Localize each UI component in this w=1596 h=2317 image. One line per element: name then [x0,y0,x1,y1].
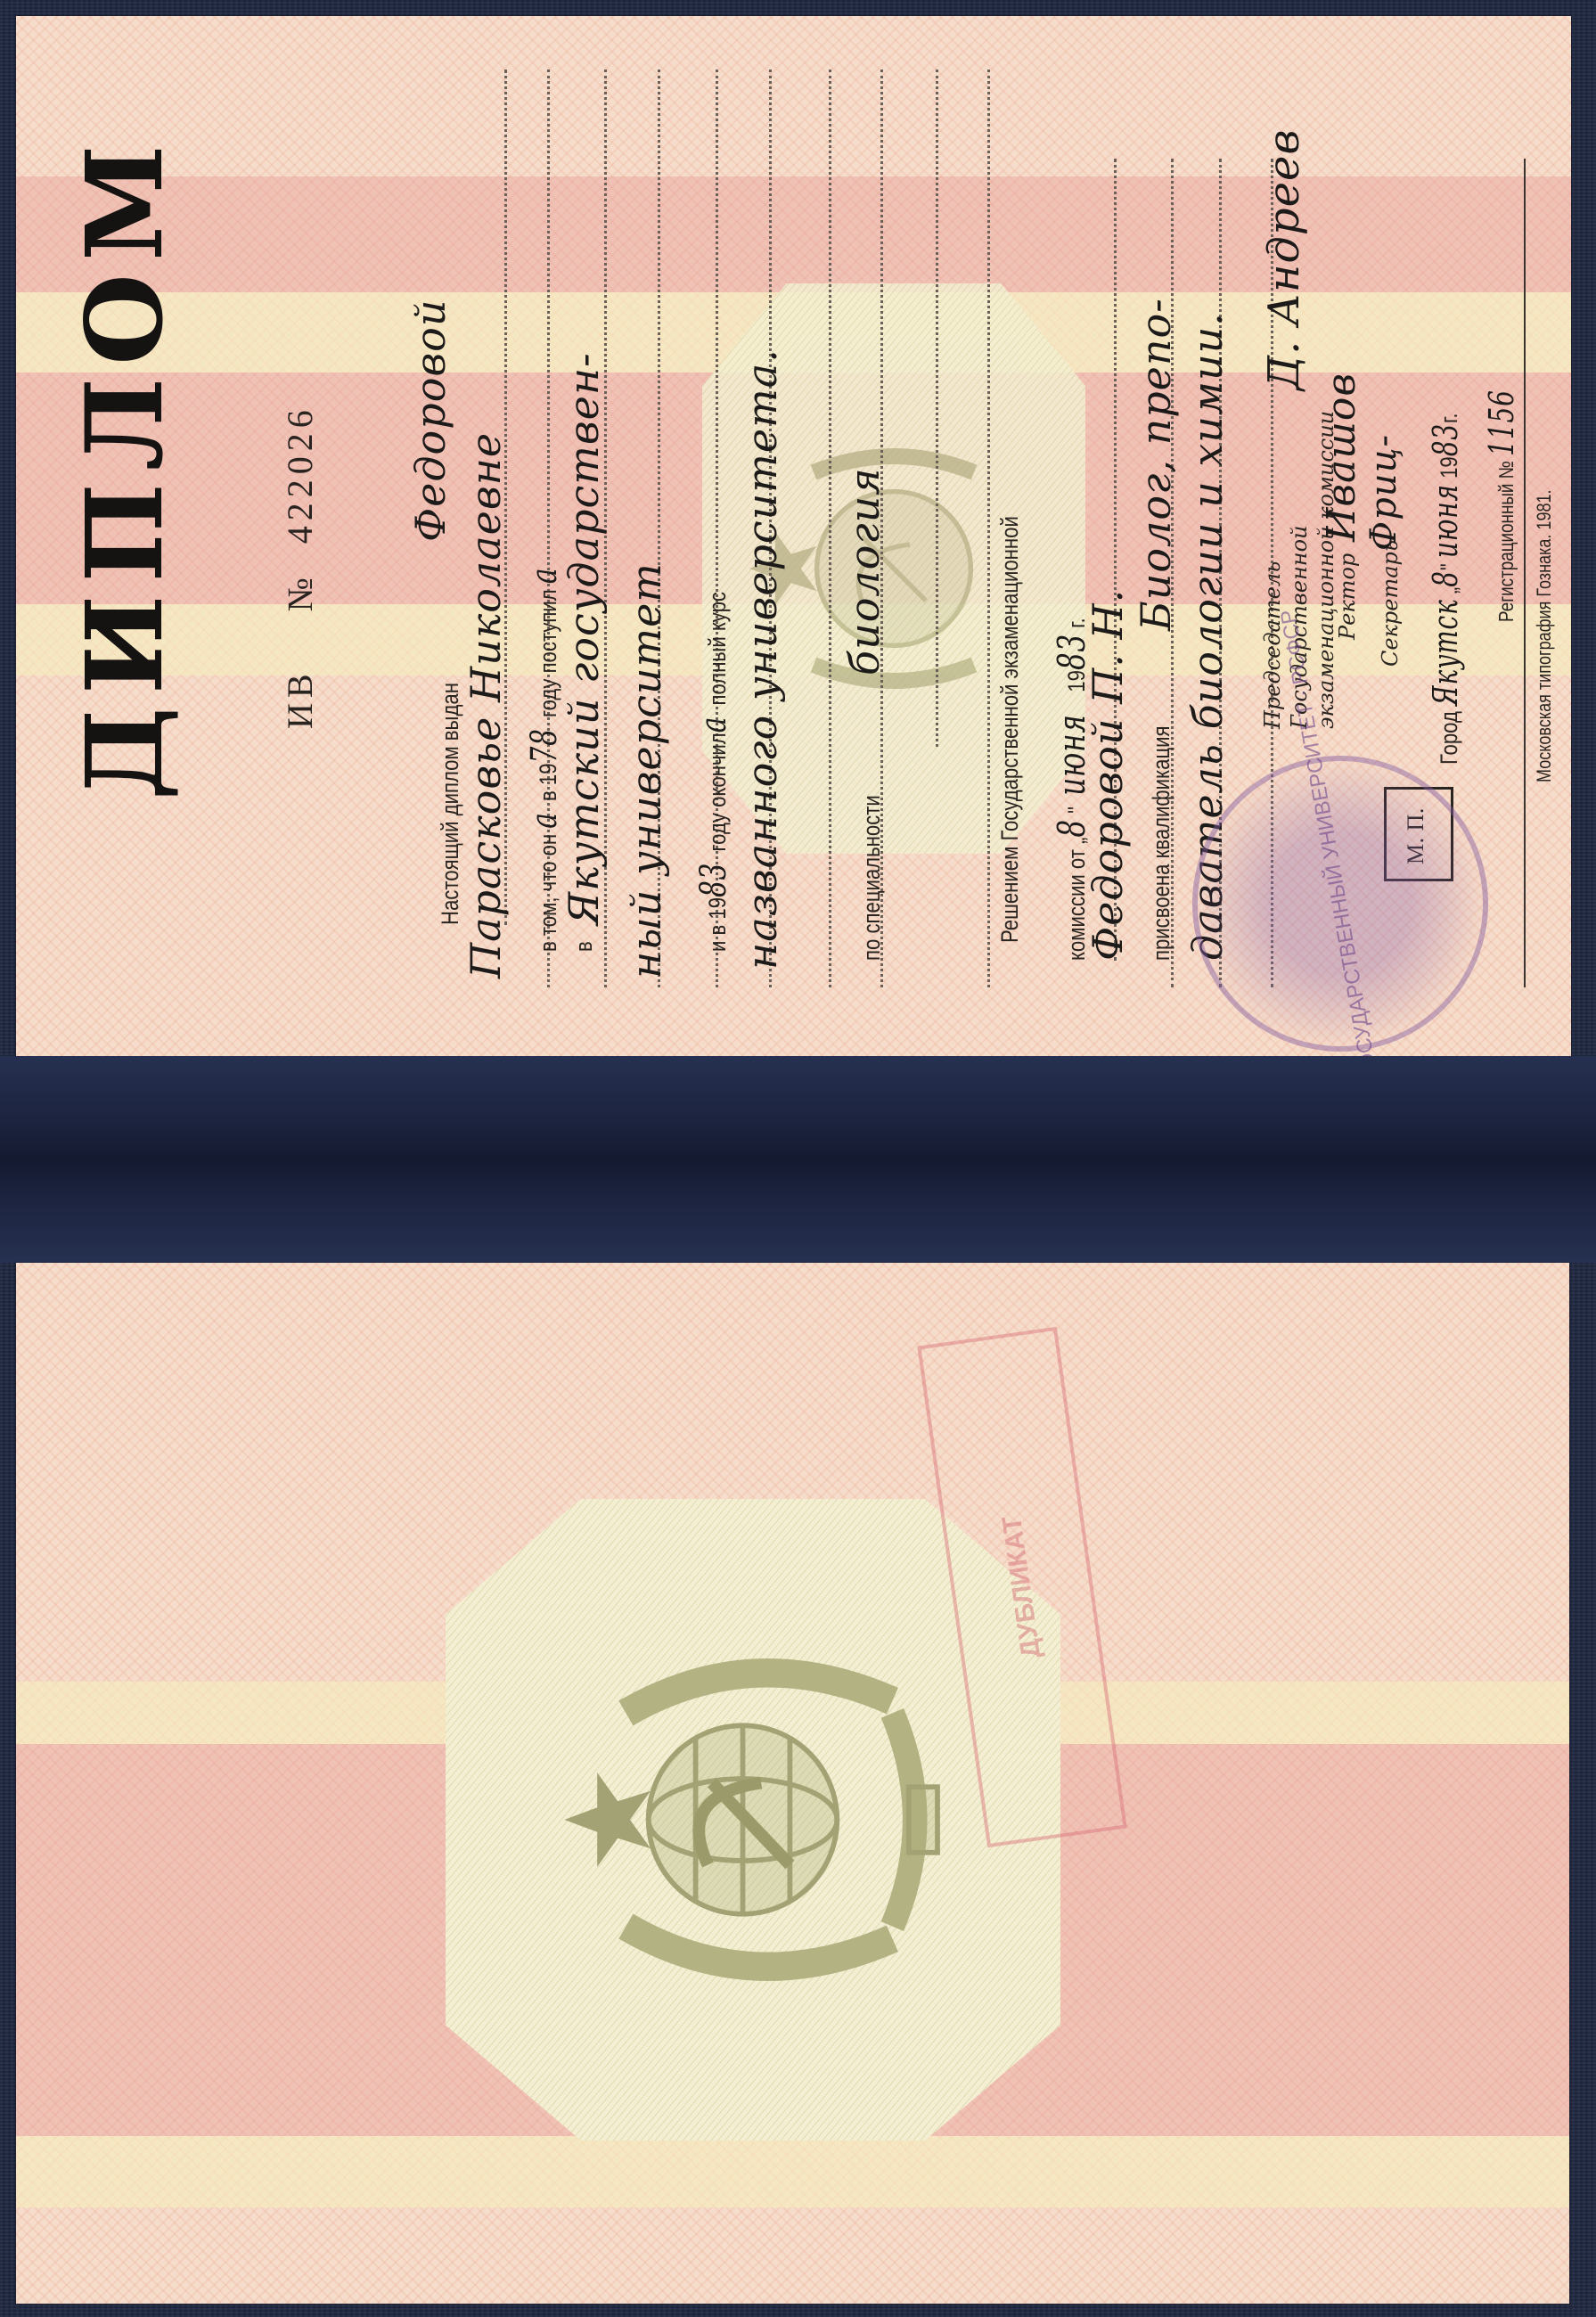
qualification-handwritten: Биолог, препо- [1132,298,1180,631]
duplicate-stamp-text: ДУБЛИКАТ [997,1514,1047,1660]
number-sign: № [280,572,320,611]
chairman-signature: Д. Андреев [1259,129,1309,390]
diploma-main-page: ДИПЛОМ ИВ № 422026 Настоящий диплом выда… [16,16,1571,1056]
city-day-hand: 8 [1426,570,1465,587]
city-month-hand: июня [1426,484,1465,558]
rector-signature: Ивашов [1319,373,1364,542]
printer-imprint: Московская типография Гознака. 1981. [1533,489,1556,782]
specialty-label: по специальности [858,795,886,961]
year-suffix: г. [1436,413,1462,423]
issued-to-label: Настоящий диплом выдан [437,683,464,925]
coat-of-arms-icon [548,1615,958,2025]
given-name-handwritten: Парасковье Николаевне [462,432,510,978]
footer-separator [1524,159,1526,987]
institution-handwritten: Якутский государствен- [560,352,608,925]
registration-number: 1156 [1482,389,1521,456]
city-label: Город [1436,711,1462,765]
named-university-handwritten: названного университета. [738,348,786,970]
entry-line [987,70,990,987]
decision-label: Решением Государственной экзаменационной [996,516,1024,943]
city-year-hand: 83 [1426,423,1465,456]
university-seal-stamp: ЯКУТСКИЙ ГОСУДАРСТВЕННЫЙ УНИВЕРСИТЕТ · Р… [1192,756,1488,1052]
graduated-line: и в 1983 году окончила полный курс [693,592,734,952]
grad-year-hand: 83 [693,863,734,897]
diploma-title: ДИПЛОМ [62,132,186,800]
qualification-label: присвоена квалификация [1148,726,1175,961]
series: ИВ [280,668,320,729]
gender-suffix-hand: а [693,716,734,733]
enrolled-text: в том, что он [535,834,561,952]
entry-line [936,70,938,747]
decor-band [16,2136,1569,2207]
diploma-serial: ИВ № 422026 [279,405,321,729]
diploma-number: 422026 [280,405,320,544]
surname-handwritten: Федоровой [406,299,454,543]
enrolled-label: году поступил [535,589,561,717]
entry-line [829,70,831,987]
specialty-handwritten: биология [840,467,888,675]
graduate-initials-handwritten: Федоровой П. Н. [1084,589,1132,961]
diploma-emblem-page: Пролетарии всех стран, соединяйтесь! ДУБ… [16,1263,1569,2304]
secretary-signature: Фриц- [1363,434,1404,551]
rector-label: Ректор [1335,553,1360,640]
institution-handwritten-cont: ный университет [622,562,670,978]
book-spine [0,1056,1596,1263]
year-prefix: в 19 [535,763,561,801]
graduated-label: году окончил [704,733,731,851]
year-prefix: и в 19 [704,897,731,952]
decor-band [16,176,1571,292]
city-date-line: Город Якутск „8" июня 1983г. [1426,413,1465,765]
year-prefix: 19 [1436,456,1462,479]
city-hand: Якутск [1426,599,1465,706]
full-course-label: полный курс [704,592,731,706]
registration-label: Регистрационный № [1494,461,1518,622]
registration-line: Регистрационный № 1156 [1482,389,1521,622]
in-label: в [570,941,598,952]
secretary-label: Секретарь [1378,540,1403,667]
